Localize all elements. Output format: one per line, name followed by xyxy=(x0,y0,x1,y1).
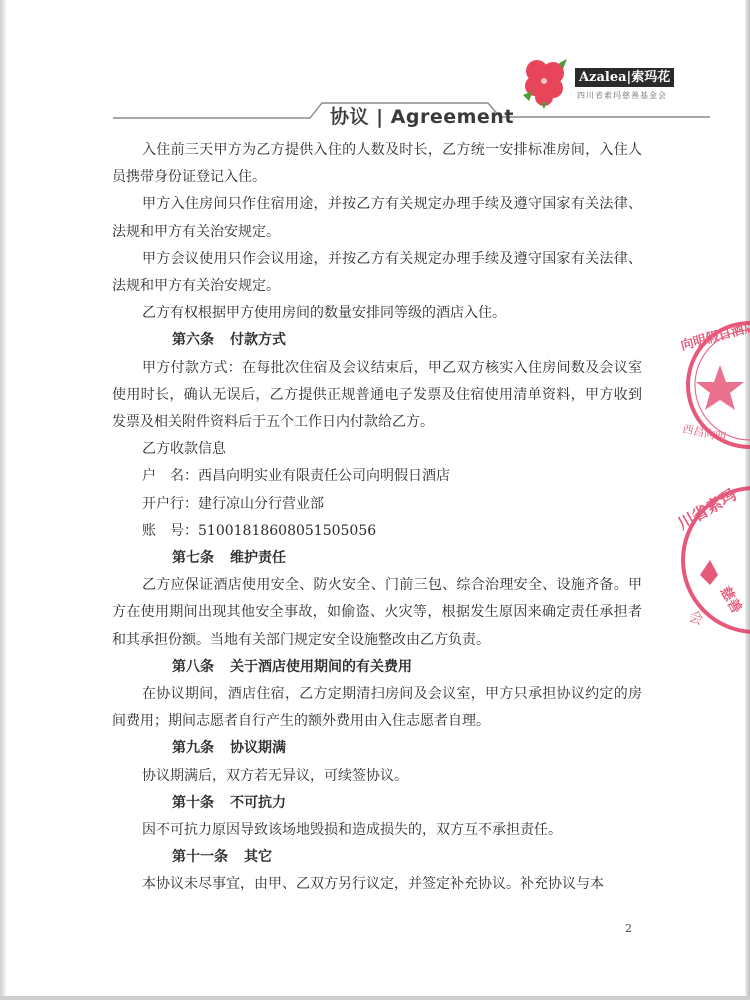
hotel-seal-stamp: 向明假日酒店 西昌向明 xyxy=(660,320,750,450)
agreement-body: 入住前三天甲方为乙方提供入住的人数及时长，乙方统一安排标准房间，入住人员携带身份… xyxy=(112,137,642,899)
article-title: 维护责任 xyxy=(230,550,286,566)
article-heading-11: 第十一条其它 xyxy=(112,844,642,871)
article-heading-7: 第七条维护责任 xyxy=(112,545,642,572)
foundation-seal-stamp: 川省索玛 慈善 会 xyxy=(670,480,750,650)
account-name-value: 西昌向明实业有限责任公司向明假日酒店 xyxy=(198,468,450,484)
article-number: 第七条 xyxy=(142,545,214,572)
article-number: 第十一条 xyxy=(142,844,228,871)
article-number: 第十条 xyxy=(142,790,214,817)
article-number: 第九条 xyxy=(142,735,214,762)
bank-row: 开户行：建行凉山分行营业部 xyxy=(112,491,642,518)
seal-text-inner: 慈善 xyxy=(717,584,746,617)
field-label: 开户行： xyxy=(142,491,198,518)
scan-edge-left xyxy=(0,0,6,1000)
paragraph: 乙方有权根据甲方使用房间的数量安排同等级的酒店入住。 xyxy=(112,300,642,327)
foundation-logo: Azalea|索玛花 四川省索玛慈善基金会 xyxy=(515,55,685,110)
paragraph: 本协议未尽事宜，由甲、乙双方另行议定，并签定补充协议。补充协议与本 xyxy=(112,871,642,898)
paragraph: 甲方会议使用只作会议用途，并按乙方有关规定办理手续及遵守国家有关法律、法规和甲方… xyxy=(112,246,642,300)
account-number-row: 账 号：51001818608051505056 xyxy=(112,518,642,545)
paragraph: 甲方入住房间只作住宿用途，并按乙方有关规定办理手续及遵守国家有关法律、法规和甲方… xyxy=(112,191,642,245)
article-number: 第六条 xyxy=(142,327,214,354)
logo-brand-band: Azalea|索玛花 xyxy=(575,68,674,87)
article-number: 第八条 xyxy=(142,654,214,681)
page-header: 协议 | Agreement Azalea|索玛花 四川省索玛慈善基金会 xyxy=(0,0,750,130)
bank-value: 建行凉山分行营业部 xyxy=(198,496,324,512)
seal-text-bottom: 会 xyxy=(687,609,706,629)
scan-edge-bottom xyxy=(0,996,750,1000)
article-heading-6: 第六条付款方式 xyxy=(112,327,642,354)
article-title: 付款方式 xyxy=(230,332,286,348)
article-heading-8: 第八条关于酒店使用期间的有关费用 xyxy=(112,654,642,681)
article-heading-10: 第十条不可抗力 xyxy=(112,790,642,817)
paragraph: 甲方付款方式：在每批次住宿及会议结束后，甲乙双方核实入住房间数及会议室使用时长，… xyxy=(112,355,642,437)
payee-info-label: 乙方收款信息 xyxy=(112,436,642,463)
paragraph: 乙方应保证酒店使用安全、防火安全、门前三包、综合治理安全、设施齐备。甲方在使用期… xyxy=(112,572,642,654)
page-number: 2 xyxy=(625,922,632,935)
paragraph: 入住前三天甲方为乙方提供入住的人数及时长，乙方统一安排标准房间，入住人员携带身份… xyxy=(112,137,642,191)
paragraph: 在协议期间，酒店住宿，乙方定期清扫房间及会议室，甲方只承担协议约定的房间费用；期… xyxy=(112,681,642,735)
field-label: 户 名： xyxy=(142,463,198,490)
field-label: 账 号： xyxy=(142,518,198,545)
seal-text: 向明假日酒店 xyxy=(679,320,750,354)
azalea-flower-icon xyxy=(515,55,580,110)
article-title: 不可抗力 xyxy=(230,795,286,811)
header-title: 协议 | Agreement xyxy=(330,102,514,129)
account-name-row: 户 名：西昌向明实业有限责任公司向明假日酒店 xyxy=(112,463,642,490)
paragraph: 协议期满后，双方若无异议，可续签协议。 xyxy=(112,763,642,790)
article-title: 关于酒店使用期间的有关费用 xyxy=(230,659,412,675)
article-title: 其它 xyxy=(244,849,272,865)
article-title: 协议期满 xyxy=(230,740,286,756)
article-heading-9: 第九条协议期满 xyxy=(112,735,642,762)
account-number-value: 51001818608051505056 xyxy=(198,523,376,539)
paragraph: 因不可抗力原因导致该场地毁损和造成损失的，双方互不承担责任。 xyxy=(112,817,642,844)
logo-subtitle: 四川省索玛慈善基金会 xyxy=(577,90,667,101)
seal-text: 川省索玛 xyxy=(675,485,740,533)
